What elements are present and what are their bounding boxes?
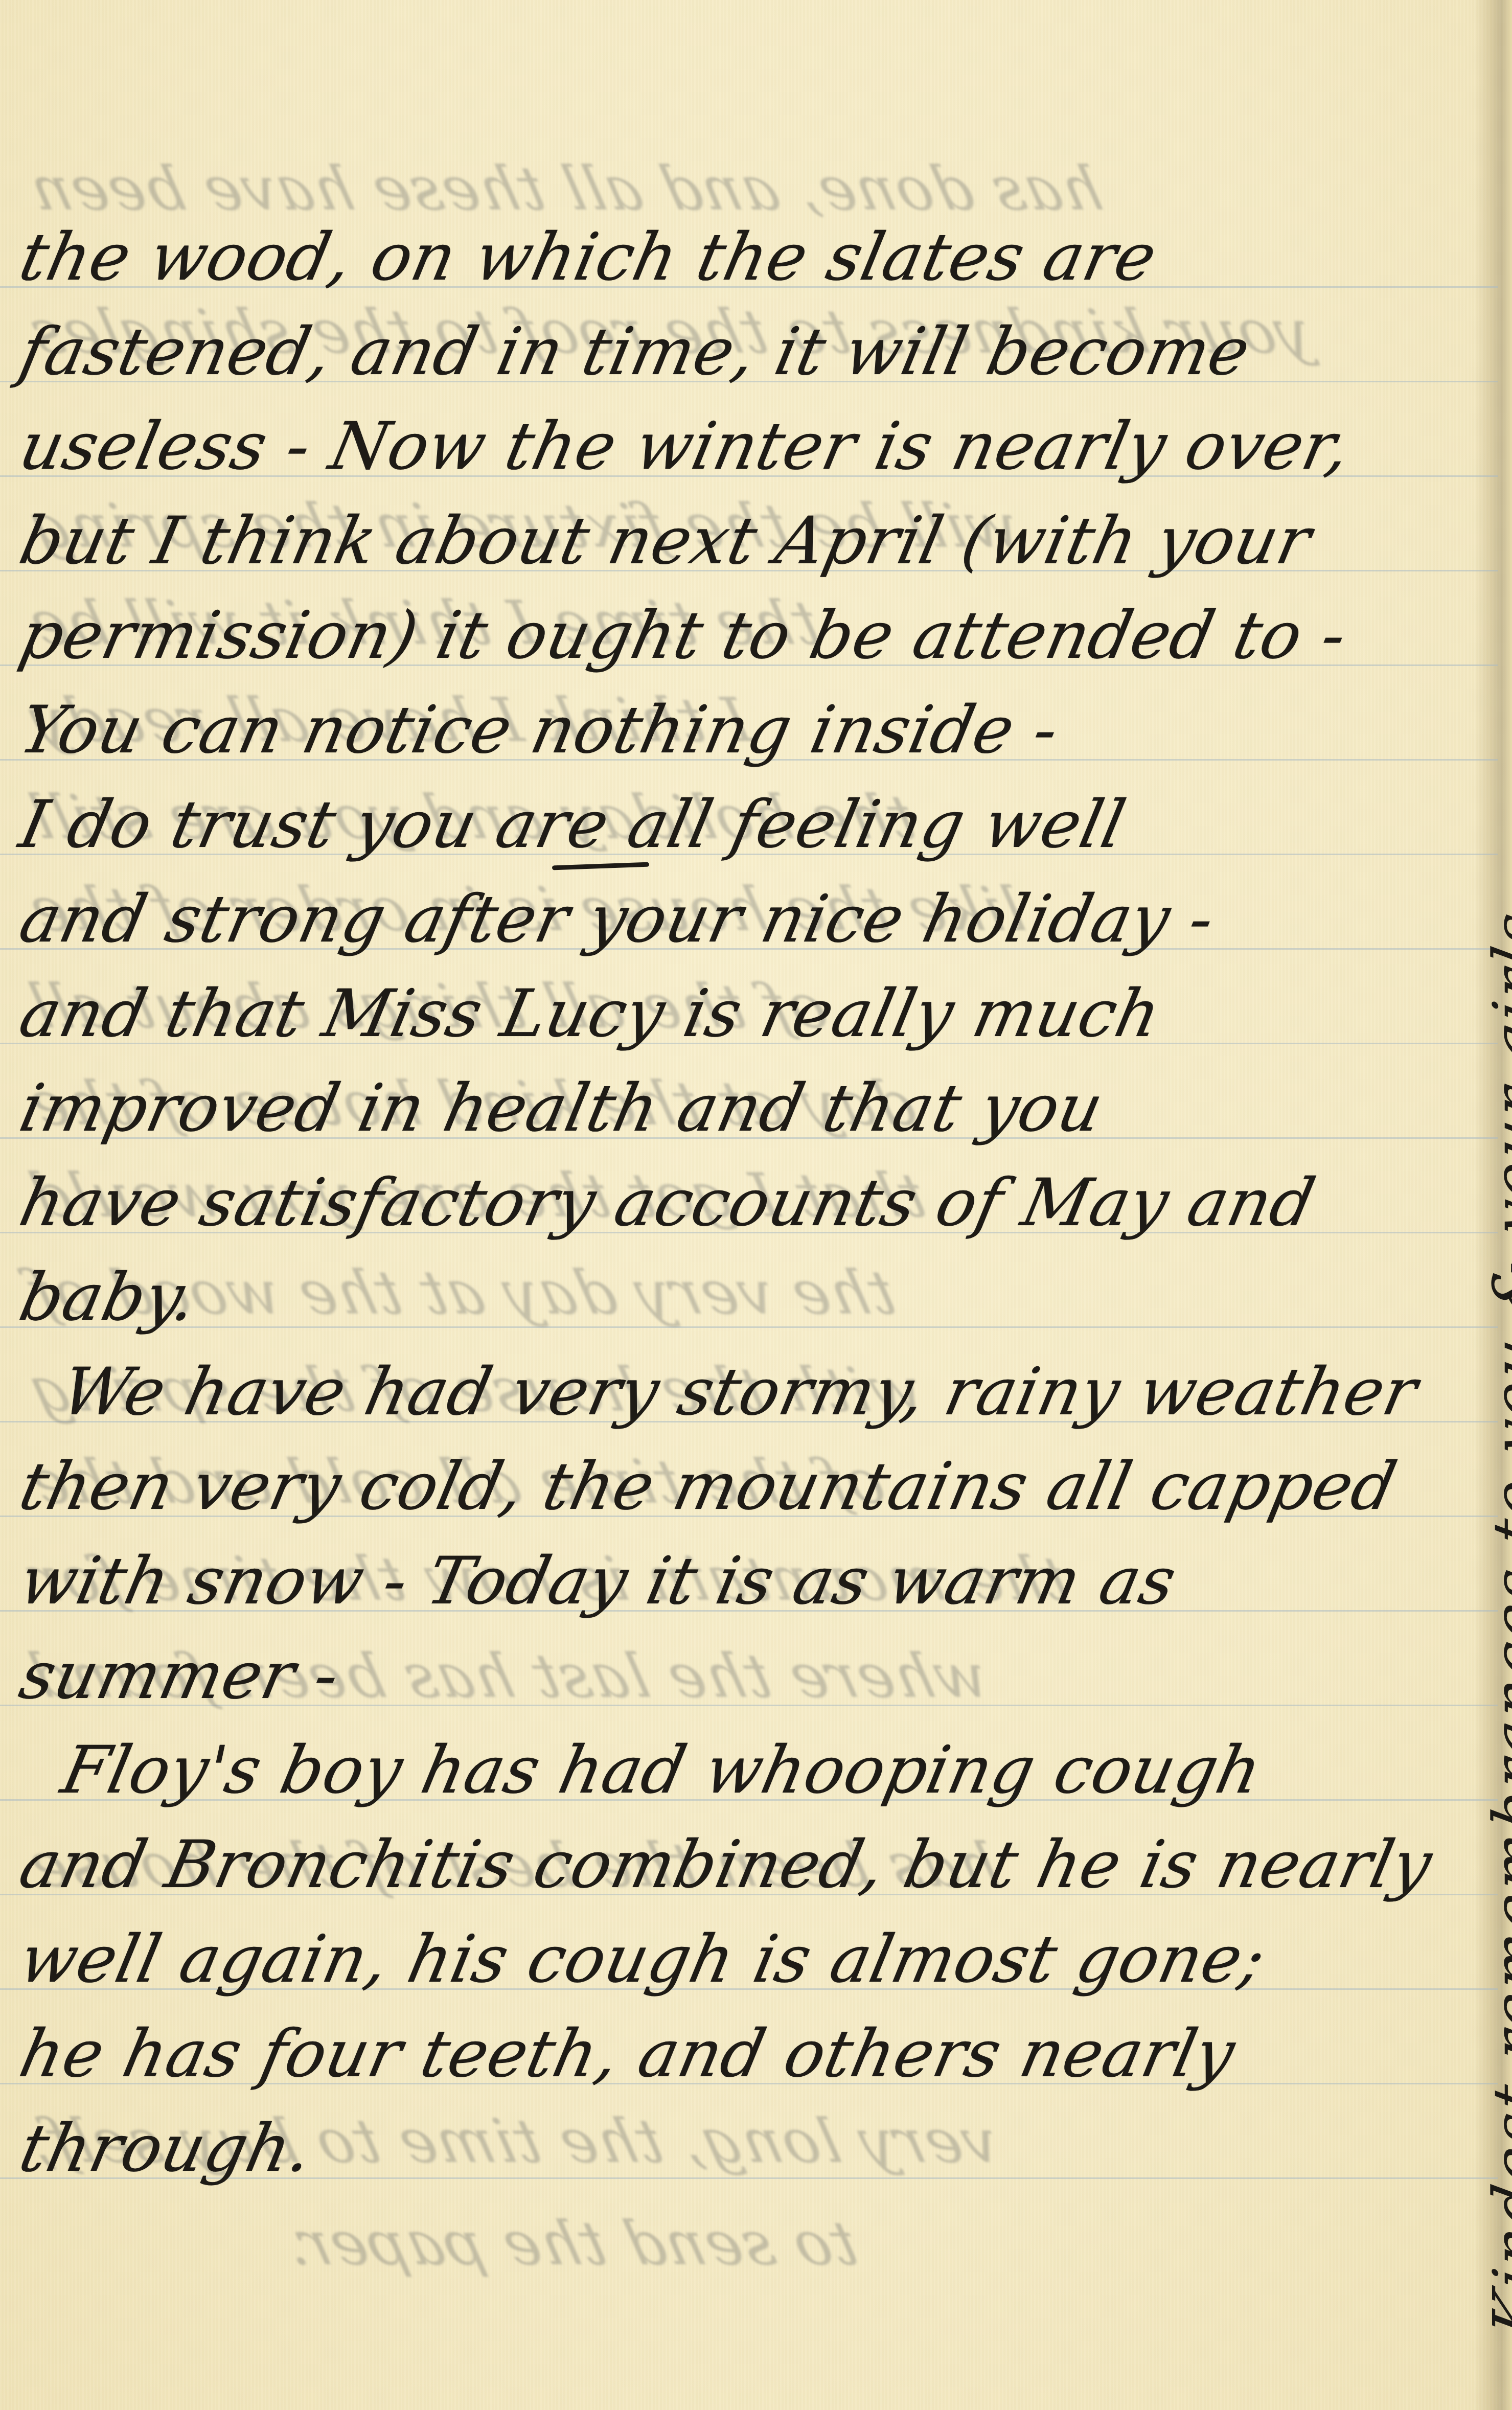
letter-line: baby. [14,1265,202,1330]
letter-line: improved in health and that you [14,1076,1109,1141]
letter-line: have satisfactory accounts of May and [14,1170,1320,1236]
margin-note: Kindest remembrances to you & your girls [1480,905,1512,2344]
letter-line: useless - Now the winter is nearly over, [14,414,1356,479]
letter-line: fastened, and in time, it will become [14,319,1255,385]
letter-line: and that Miss Lucy is really much [14,981,1166,1047]
letter-line: but I think about next April (with your [14,509,1317,574]
letter-line: and strong after your nice holiday - [14,887,1220,952]
letter-line: We have had very stormy, rainy weather [56,1360,1423,1425]
letter-line: he has four teeth, and others nearly [14,2022,1241,2087]
letter-line: well again, his cough is almost gone; [14,1927,1271,1992]
letter-page: has done, and all these have been your k… [0,0,1512,2410]
letter-line: I do trust you are all feeling well [14,792,1131,858]
letter-line: You can notice nothing inside - [14,698,1064,763]
letter-line: through. [14,2116,318,2182]
letter-line: summer - [14,1643,345,1709]
letter-line: the wood, on which the slates are [14,225,1162,290]
bleed-through-line: to send the paper. [0,2208,1506,2279]
bleed-through-line: the very day at the wood of [0,1257,1506,1328]
bleed-through-line: has done, and all these have been [0,153,1506,224]
letter-line: Floy's boy has had whooping cough [56,1738,1267,1803]
letter-line: then very cold, the mountains all capped [14,1454,1402,1520]
letter-line: with snow - Today it is as warm as [14,1549,1182,1614]
letter-line: permission) it ought to be attended to - [14,603,1353,669]
letter-line: and Bronchitis combined, but he is nearl… [14,1832,1437,1898]
underline-mark [552,862,649,870]
